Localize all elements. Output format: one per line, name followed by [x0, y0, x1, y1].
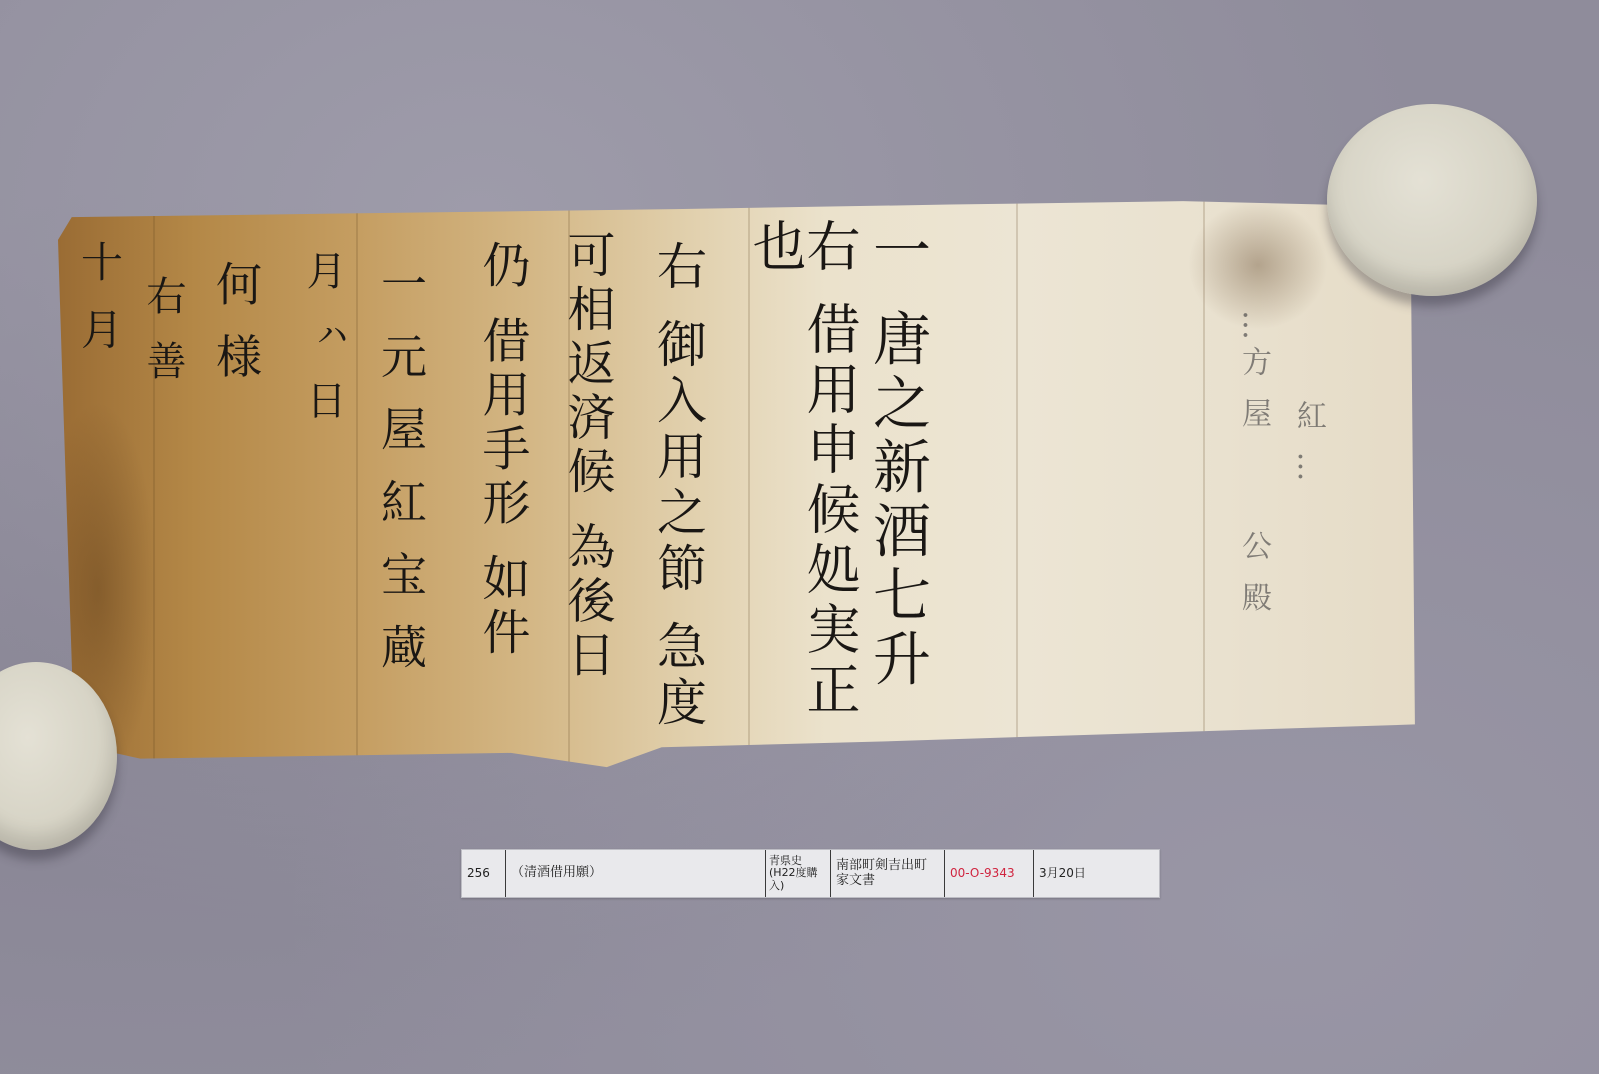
script-column-1: 一 唐之新酒七升 [868, 220, 926, 692]
script-column-10: 十 月 [78, 240, 120, 355]
catalog-label: 256 （清酒借用願） 青県史 (H22度購 入) 南部町剣吉出町 家文書 00… [461, 849, 1160, 898]
label-date: 3月20日 [1034, 850, 1159, 897]
script-column-5: 仍 借用手形 如件 [478, 240, 526, 661]
label-collection: 南部町剣吉出町 家文書 [831, 850, 945, 897]
label-source: 青県史 (H22度購 入) [766, 850, 831, 897]
document-scroll: 一 唐之新酒七升 右 借用申候処実正也 右 御入用之節 急度 可相返済候 為後日… [58, 200, 1430, 770]
script-column-2: 右 借用申候処実正也 [748, 218, 856, 770]
script-column-9: 右 善 [143, 275, 183, 386]
script-column-7: 月 ㇵ 日 [303, 250, 343, 425]
script-column-3: 右 御入用之節 急度 [653, 240, 703, 732]
endorsement-column-2: 紅 … [1293, 400, 1323, 488]
felt-weight-top-right [1327, 104, 1537, 296]
endorsement-column-3: 公 殿 [1238, 530, 1268, 618]
fold-line [1016, 200, 1018, 770]
label-title: （清酒借用願） [506, 850, 766, 897]
label-number: 256 [462, 850, 506, 897]
endorsement-column-1: …方 屋 [1238, 310, 1268, 434]
script-column-4: 可相返済候 為後日 [563, 230, 611, 683]
script-column-8: 何 様 [213, 260, 259, 385]
label-code: 00-O-9343 [945, 850, 1034, 897]
fold-line [356, 200, 358, 770]
script-column-6: 一 元 屋 紅 宝 蔵 [378, 260, 424, 675]
